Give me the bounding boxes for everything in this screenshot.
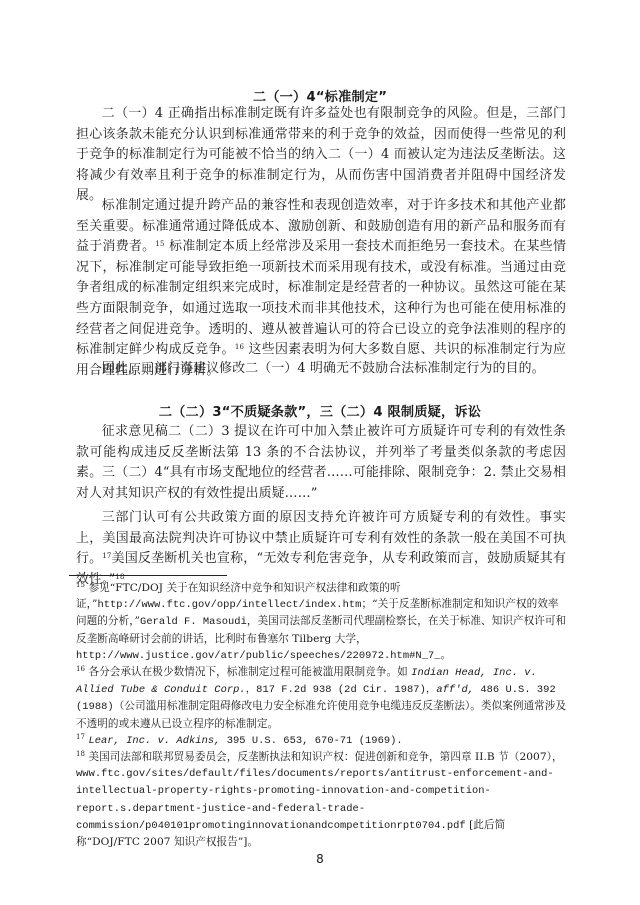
footnote-link[interactable]: http://www.ftc.gov/opp/intellect/index.h… (97, 599, 361, 611)
footnote-separator (69, 575, 227, 576)
footnote-number: 15 (76, 581, 85, 589)
paragraph: 因此，三部门谨建议修改二（一）4 明确无不鼓励合法标准制定行为的目的。 (76, 359, 566, 380)
footnote-text: ，817 F.2d 938 (2d Cir. 1987)， (246, 684, 437, 696)
paragraph: 二（一）4 正确指出标准制定既有许多益处也有限制竞争的风险。但是，三部门担心该条… (76, 104, 566, 207)
footnote-text: 美国司法部和联邦贸易委员会，反垄断执法和知识产权：促进创新和竞争，第四章 II.… (88, 751, 562, 763)
footnote-number: 16 (76, 665, 85, 673)
footnote-text: aff'd, (436, 684, 474, 696)
paragraph: 征求意见稿二（二）3 提议在许可中加入禁止被许可方质疑许可专利的有效性条款可能构… (76, 422, 566, 504)
footnote-16: 16 各分会承认在极少数情况下，标准制定过程可能被滥用限制竞争。如 Indian… (76, 664, 568, 732)
footnote-17: 17 Lear, Inc. v. Adkins, 395 U.S. 653, 6… (76, 732, 568, 749)
paragraph: 三部门认可有公共政策方面的原因支持允许被许可方质疑专利的有效性。事实上，美国最高… (76, 508, 566, 590)
footnote-text: （公司滥用标准制定阻碍修改电力安全标准允许使用竞争电缆违反反垄断法）。类似案例通… (76, 700, 566, 729)
footnote-text: 各分会承认在极少数情况下，标准制定过程可能被滥用限制竞争。如 (88, 666, 411, 678)
document-page: 二（一）4“标准制定” 二（一）4 正确指出标准制定既有许多益处也有限制竞争的风… (0, 0, 640, 905)
footnote-ref[interactable]: 15 (155, 240, 164, 248)
footnote-ref[interactable]: 16 (235, 343, 244, 351)
footnote-link[interactable]: http://www.justice.gov/atr/public/speech… (76, 650, 441, 662)
footnote-text: Lear, Inc. v. Adkins, (88, 735, 220, 747)
footnote-text: 。 (441, 649, 452, 661)
section-heading-no-challenge-clause: 二（二）3“不质疑条款”，三（二）4 限制质疑，诉讼 (75, 401, 565, 420)
footnotes: 15 参见“FTC/DOJ 关于在知识经济中竞争和知识产权法律和政策的听证，”h… (76, 580, 568, 850)
paragraph-text: 标准制定本质上经常涉及采用一套技术而拒绝另一套技术。在某些情况下，标准制定可能导… (76, 239, 566, 357)
section-heading-standard-setting: 二（一）4“标准制定” (75, 86, 565, 105)
footnote-18: 18 美国司法部和联邦贸易委员会，反垄断执法和知识产权：促进创新和竞争，第四章 … (76, 749, 568, 850)
footnote-text: Gerald F. Masoudi (140, 616, 247, 628)
footnote-ref[interactable]: 17 (102, 552, 111, 560)
paragraph: 标准制定通过提升跨产品的兼容性和表现创造效率，对于许多技术和其他产业都至关重要。… (76, 196, 566, 381)
footnote-number: 17 (76, 733, 85, 741)
footnote-number: 18 (76, 750, 85, 758)
page-number: 8 (0, 852, 640, 866)
footnote-15: 15 参见“FTC/DOJ 关于在知识经济中竞争和知识产权法律和政策的听证，”h… (76, 580, 568, 664)
footnote-text: 395 U.S. 653, 670-71 (1969). (220, 735, 402, 747)
